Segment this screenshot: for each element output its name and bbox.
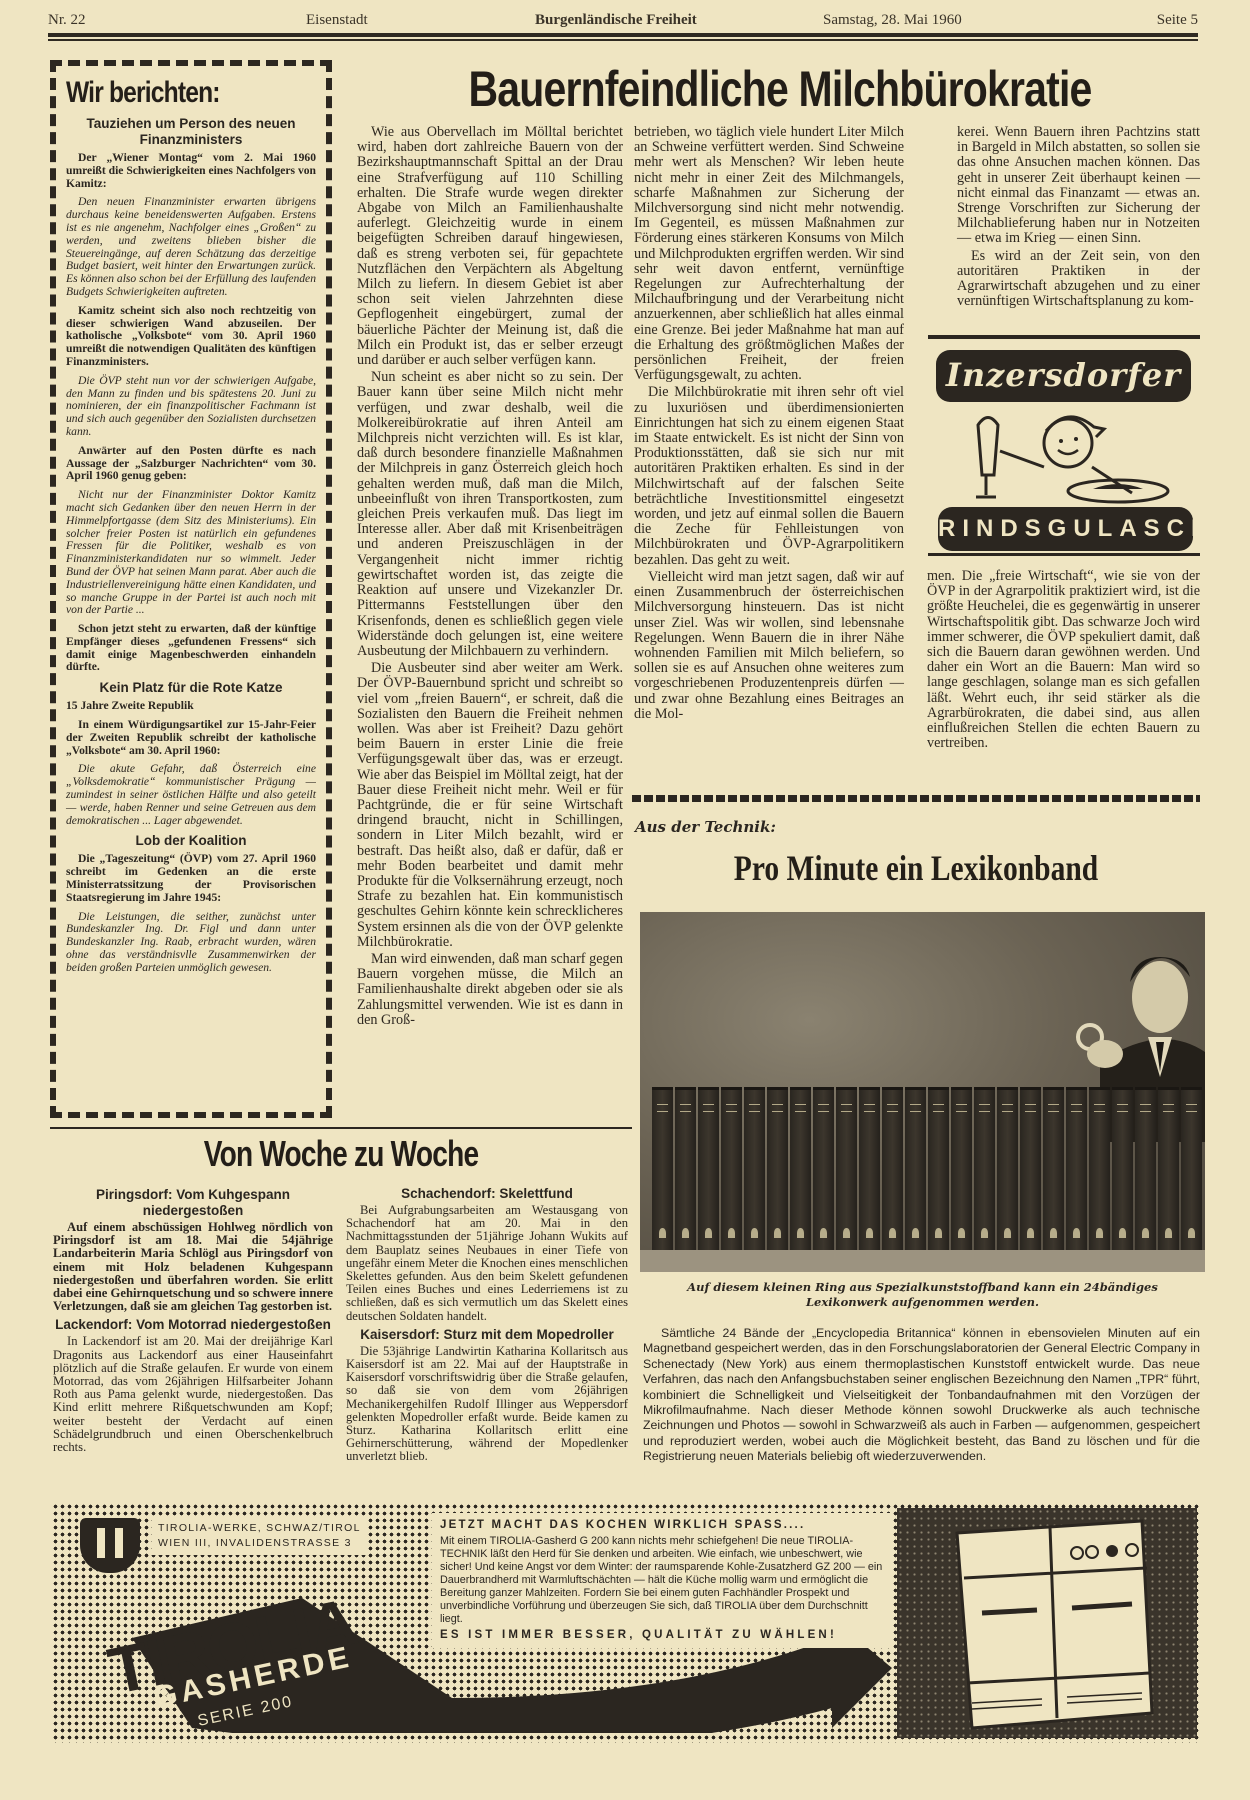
section-divider — [632, 795, 1200, 802]
encyclopedia-photo — [640, 912, 1205, 1272]
issue-number: Nr. 22 — [48, 12, 86, 29]
paragraph: Die „Tageszeitung“ (ÖVP) vom 27. April 1… — [66, 853, 316, 904]
ad-brand: Inzersdorfer — [936, 350, 1191, 402]
tirolia-ad: TIROLIA-WERKE, SCHWAZ/TIROL WIEN III, IN… — [52, 1503, 1200, 1743]
masthead: Nr. 22 Eisenstadt Burgenländische Freihe… — [48, 10, 1198, 34]
news-heading: Schachendorf: Skelettfund — [346, 1186, 628, 1202]
ad-product: RINDSGULASCH — [938, 507, 1193, 551]
paragraph: men. Die „freie Wirtschaft“, wie sie von… — [927, 569, 1200, 751]
tirolia-address: TIROLIA-WERKE, SCHWAZ/TIROL WIEN III, IN… — [152, 1517, 367, 1555]
news-heading: Piringsdorf: Vom Kuhgespann niedergestoß… — [53, 1187, 333, 1219]
ad-rule — [928, 335, 1200, 339]
paragraph: betrieben, wo täglich viele hundert Lite… — [634, 125, 904, 383]
quote-paragraph: Den neuen Finanzminister erwarten übrige… — [66, 196, 316, 298]
quote-paragraph: Nicht nur der Finanzminister Doktor Kami… — [66, 489, 316, 617]
article-column-3: kerei. Wenn Bauern ihren Pachtzins statt… — [957, 125, 1200, 311]
quote-paragraph: Die akute Gefahr, daß Österreich eine „V… — [66, 763, 316, 827]
paragraph: In einem Würdigungsartikel zur 15-Jahr-F… — [66, 719, 316, 757]
section-heading: Lob der Koalition — [66, 833, 316, 849]
news-heading: Kaisersdorf: Sturz mit dem Mopedroller — [346, 1327, 628, 1343]
section-heading: Kein Platz für die Rote Katze — [66, 680, 316, 696]
tirolia-ad-text: JETZT MACHT DAS KOCHEN WIRKLICH SPASS...… — [432, 1513, 892, 1648]
article-column-1: Wie aus Obervellach im Mölltal berichtet… — [357, 125, 623, 1030]
masthead-rule-thin — [48, 39, 1198, 41]
news-heading: Lackendorf: Vom Motorrad niedergestoßen — [53, 1317, 333, 1333]
article-column-2: betrieben, wo täglich viele hundert Lite… — [634, 125, 904, 724]
news-text: Bei Aufgrabungsarbeiten am Westausgang v… — [346, 1204, 628, 1323]
paragraph: Sämtliche 24 Bände der „Encyclopedia Bri… — [643, 1326, 1200, 1465]
section-rule — [50, 1127, 632, 1129]
paragraph: Die Ausbeuter sind aber weiter am Werk. … — [357, 661, 623, 950]
news-column-1: Piringsdorf: Vom Kuhgespann niedergestoß… — [53, 1187, 333, 1458]
paragraph: Schon jetzt steht zu erwarten, daß der k… — [66, 623, 316, 674]
gas-stove-icon — [942, 1513, 1162, 1738]
ad-rule — [928, 553, 1200, 556]
paragraph: Wie aus Obervellach im Mölltal berichtet… — [357, 125, 623, 368]
wir-berichten-box: Wir berichten: Tauziehen um Person des n… — [50, 60, 332, 1118]
technik-article: Sämtliche 24 Bände der „Encyclopedia Bri… — [643, 1326, 1200, 1465]
newspaper-page: Nr. 22 Eisenstadt Burgenländische Freihe… — [0, 0, 1250, 1800]
boy-chef-illustration-icon — [958, 405, 1178, 505]
technik-kicker: Aus der Technik: — [635, 818, 776, 836]
tirolia-logo-icon — [80, 1518, 140, 1573]
news-text: Auf einem abschüssigen Hohlweg nördlich … — [53, 1221, 333, 1313]
page-number: Seite 5 — [1157, 12, 1198, 29]
paragraph: Die Milchbürokratie mit ihren sehr oft v… — [634, 385, 904, 567]
ad-slogan: ES IST IMMER BESSER, QUALITÄT ZU WÄHLEN! — [440, 1629, 884, 1642]
quote-paragraph: Die ÖVP steht nun vor der schwierigen Au… — [66, 375, 316, 439]
inzersdorfer-ad: Inzersdorfer RINDSGULASCH — [928, 335, 1200, 557]
paragraph: Vielleicht wird man jetzt sagen, daß wir… — [634, 570, 904, 722]
paragraph: Es wird an der Zeit sein, von den autori… — [957, 249, 1200, 310]
masthead-rule — [48, 33, 1198, 37]
section-heading: Tauziehen um Person des neuen Finanzmini… — [66, 116, 316, 148]
main-headline: Bauernfeindliche Milchbürokratie — [436, 60, 1125, 118]
paragraph: Der „Wiener Montag“ vom 2. Mai 1960 umre… — [66, 152, 316, 190]
ad-headline: JETZT MACHT DAS KOCHEN WIRKLICH SPASS...… — [440, 1519, 884, 1532]
paragraph: Kamitz scheint sich also noch rechtzeiti… — [66, 305, 316, 369]
paragraph: Anwärter auf den Posten dürfte es nach A… — [66, 445, 316, 483]
city: Eisenstadt — [306, 12, 368, 29]
paper-name: Burgenländische Freiheit — [535, 12, 697, 29]
article-column-3-continued: men. Die „freie Wirtschaft“, wie sie von… — [927, 569, 1200, 753]
news-text: Die 53jährige Landwirtin Katharina Kolla… — [346, 1345, 628, 1464]
subheading: 15 Jahre Zweite Republik — [66, 700, 316, 713]
paragraph: Man wird einwenden, daß man scharf gegen… — [357, 952, 623, 1028]
encyclopedia-volumes — [652, 1087, 1202, 1252]
news-text: In Lackendorf ist am 20. Mai der dreijäh… — [53, 1335, 333, 1454]
technik-headline: Pro Minute ein Lexikonband — [683, 847, 1149, 889]
von-woche-title: Von Woche zu Woche — [114, 1133, 568, 1175]
news-column-2: Schachendorf: Skelettfund Bei Aufgrabung… — [346, 1186, 628, 1468]
issue-date: Samstag, 28. Mai 1960 — [823, 12, 962, 29]
ad-body: Mit einem TIROLIA-Gasherd G 200 kann nic… — [440, 1535, 884, 1626]
paragraph: Nun scheint es aber nicht so zu sein. De… — [357, 370, 623, 659]
paragraph: kerei. Wenn Bauern ihren Pachtzins statt… — [957, 125, 1200, 247]
quote-paragraph: Die Leistungen, die seither, zunächst un… — [66, 911, 316, 975]
photo-caption: Auf diesem kleinen Ring aus Spezialkunst… — [645, 1280, 1200, 1310]
wir-berichten-title: Wir berichten: — [66, 76, 271, 110]
